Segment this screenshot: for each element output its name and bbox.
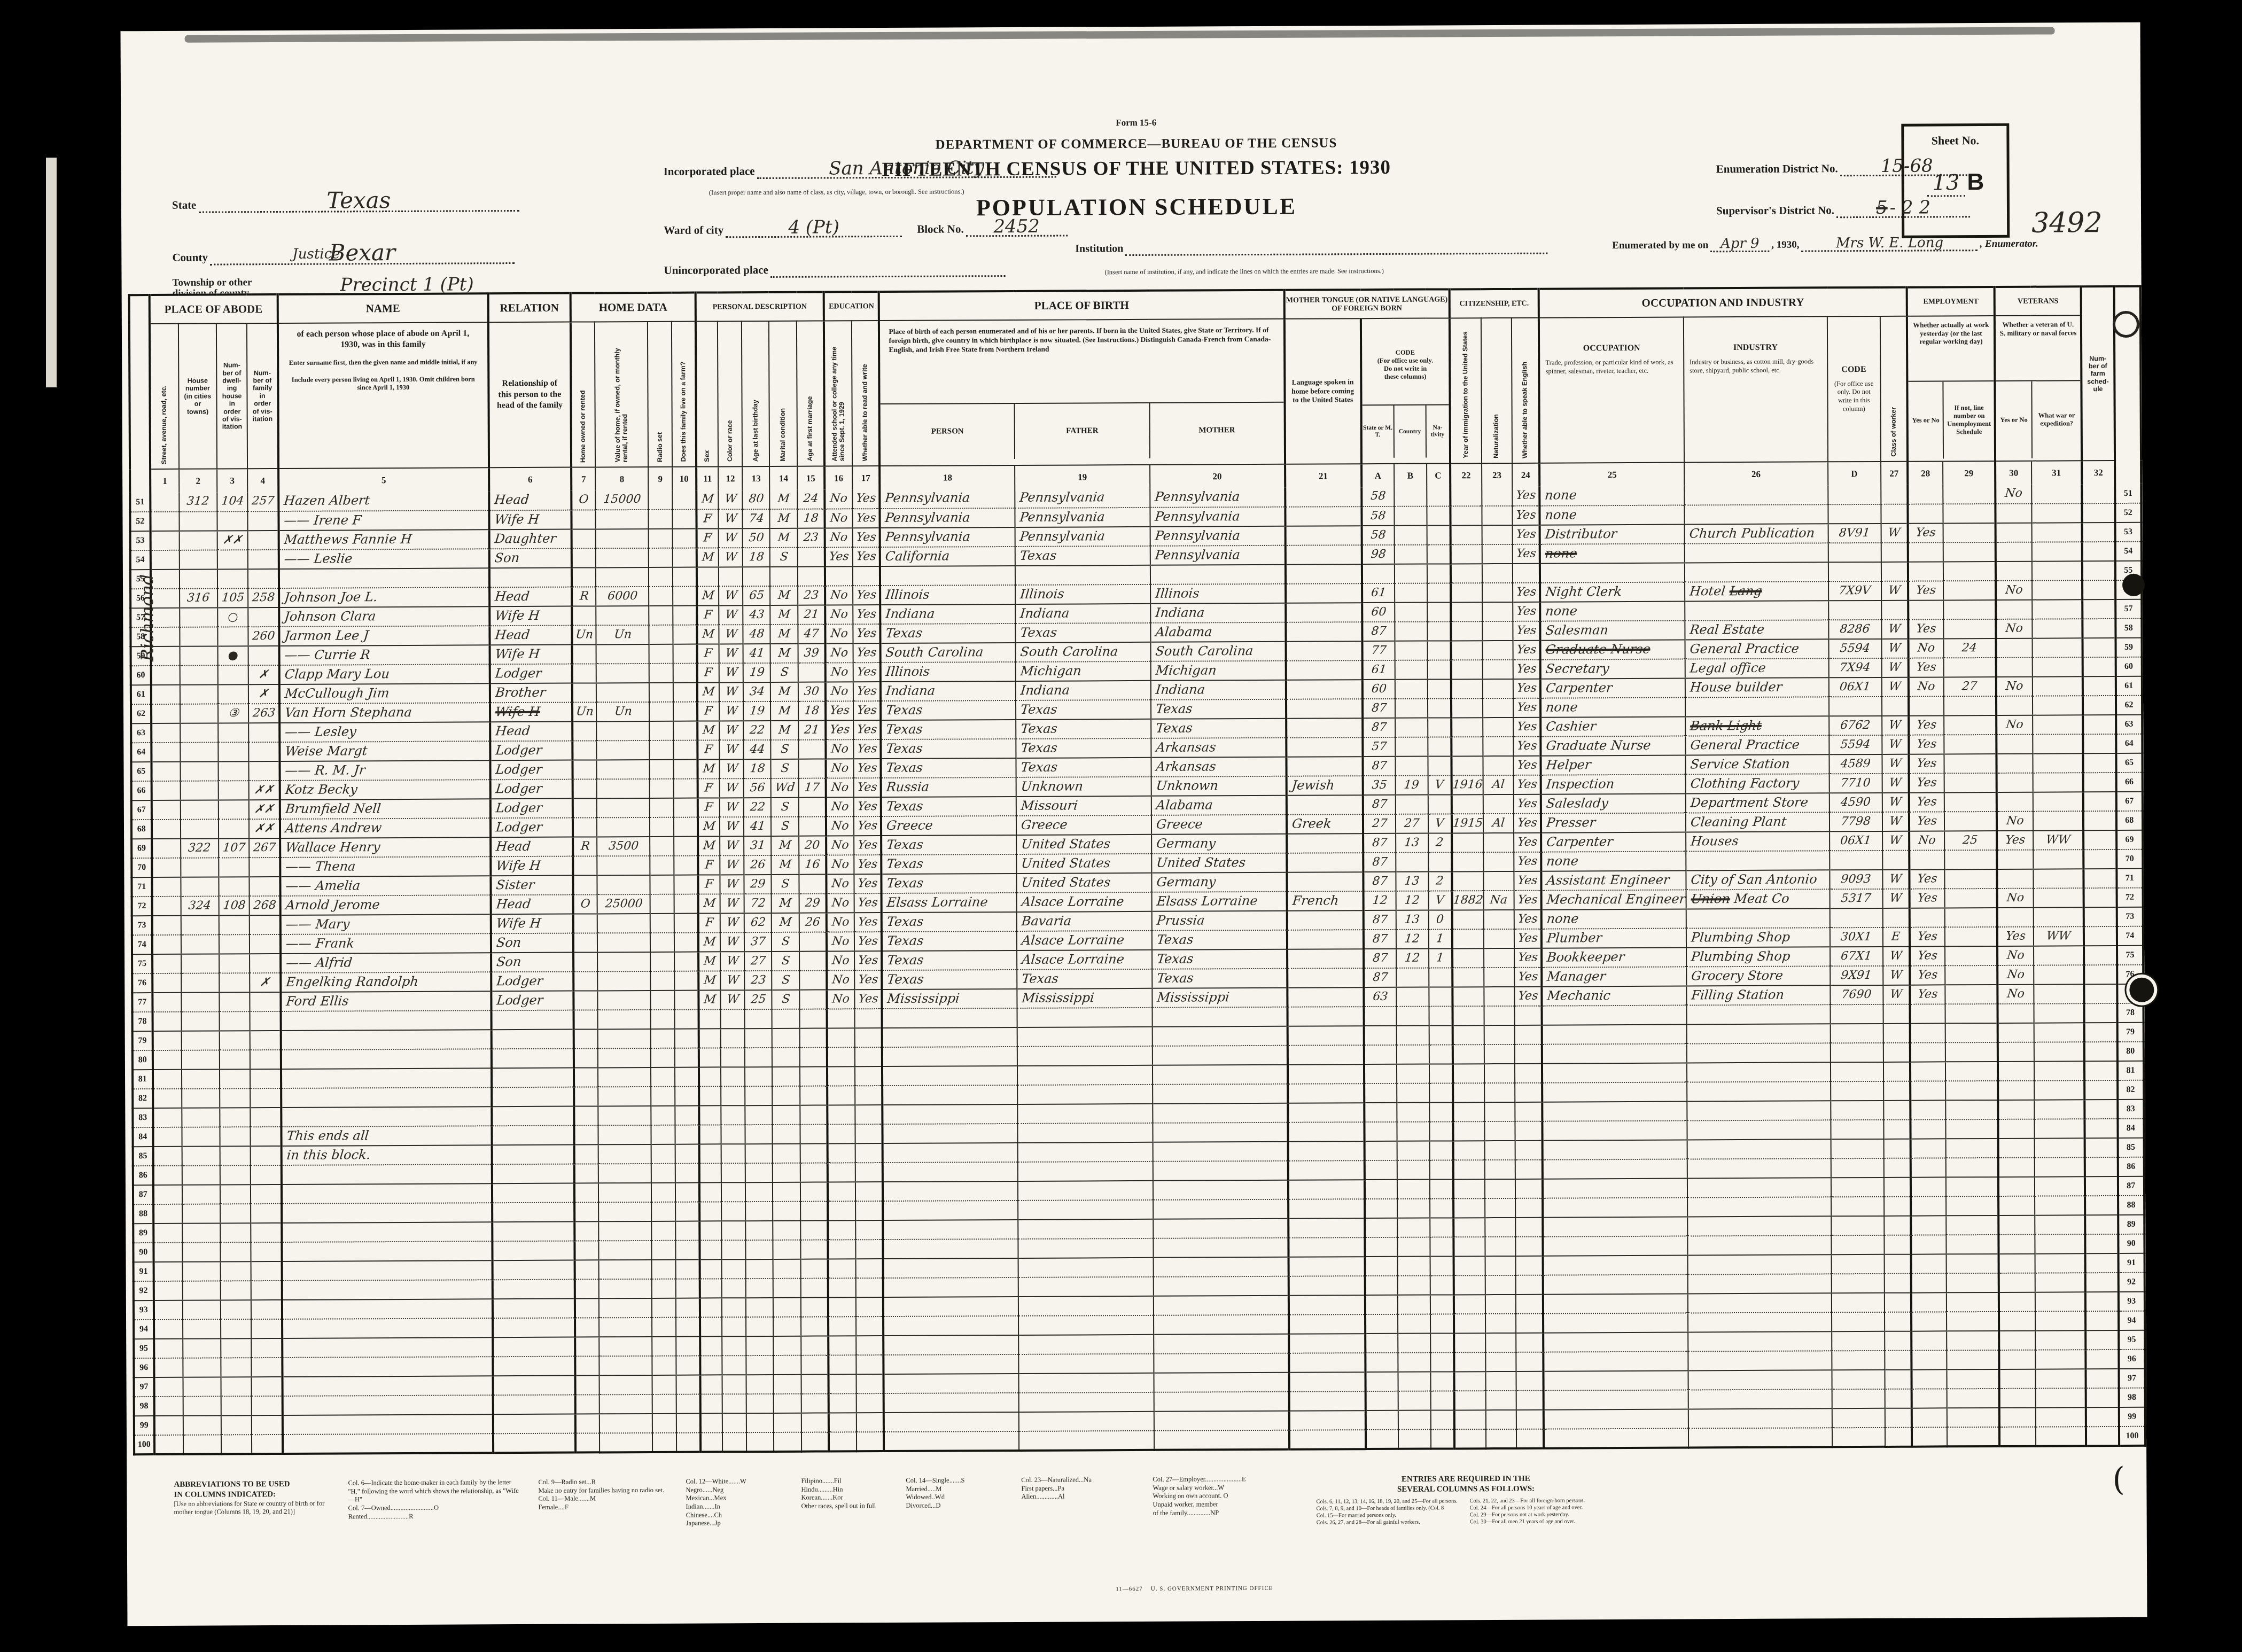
colhead-c12: Color or race (718, 321, 742, 466)
cell-c32 (2082, 561, 2115, 580)
cell-c21 (1287, 1007, 1364, 1026)
cell-c3 (218, 684, 249, 704)
cell-c13: 18 (743, 548, 770, 567)
cell-c27 (1881, 485, 1908, 504)
cell-c11: F (697, 644, 719, 663)
cell-c22 (1453, 1121, 1484, 1141)
cell-c19: Pennsylvania (1015, 508, 1150, 527)
cell-c26 (1687, 1081, 1831, 1101)
cell-c2 (182, 1088, 220, 1108)
cell-c17: Yes (853, 701, 881, 720)
cell-c26: Union Meat Co (1686, 889, 1830, 909)
cell-c1 (153, 1127, 182, 1147)
line-number-left: 65 (131, 762, 151, 781)
cell-c21 (1289, 1353, 1365, 1373)
cell-c12 (722, 1317, 746, 1336)
cell-c6 (492, 1106, 574, 1126)
cell-c3 (221, 1396, 252, 1415)
cell-c29 (1945, 985, 1998, 1004)
group-personal-description: PERSONAL DESCRIPTION (696, 292, 824, 322)
cell-c13: 65 (743, 586, 770, 605)
cell-c19: Bavaria (1017, 911, 1152, 931)
cell-c14 (772, 1009, 800, 1028)
cell-c28 (1909, 600, 1943, 619)
cell-c10 (676, 1318, 700, 1337)
cell-c21 (1288, 1257, 1365, 1276)
cell-c19: Illinois (1015, 585, 1150, 604)
cell-c29 (1944, 792, 1997, 812)
cell-c27 (1881, 543, 1908, 562)
cell-c25: Inspection (1541, 774, 1686, 794)
cell-c16: No (826, 874, 854, 893)
cell-c14 (774, 1432, 801, 1452)
cell-c32 (2085, 1176, 2118, 1196)
cell-c32 (2084, 1042, 2117, 1061)
cell-c11: M (697, 759, 719, 778)
cell-c6: Lodger (491, 991, 573, 1011)
cell-c30 (1998, 1023, 2034, 1042)
cell-c9 (651, 1010, 675, 1029)
cell-c1 (152, 877, 181, 897)
cell-c14: M (770, 625, 798, 644)
cell-cC (1428, 756, 1451, 775)
cell-c3 (219, 973, 250, 992)
cell-c2 (181, 934, 219, 954)
cell-c28: Yes (1910, 985, 1945, 1004)
colhead-c3: Num- ber of dwell- ing house in order of… (216, 323, 248, 469)
cell-c24 (1516, 1391, 1544, 1410)
cell-cA (1364, 1141, 1397, 1160)
cell-c6: Head (489, 491, 571, 511)
cell-c27 (1883, 1120, 1911, 1139)
cell-c31 (2033, 696, 2083, 715)
cell-c16 (827, 1047, 855, 1066)
cell-c16 (828, 1201, 855, 1220)
cell-c32 (2082, 484, 2115, 503)
cell-c32 (2083, 792, 2116, 811)
cell-cC (1430, 1275, 1453, 1295)
cell-cA: 87 (1364, 968, 1396, 987)
cell-c25: Cashier (1540, 716, 1685, 736)
cell-c12: W (720, 875, 744, 894)
cell-c25: none (1540, 543, 1685, 563)
cell-c9 (649, 490, 673, 510)
population-grid: PLACE OF ABODE NAME RELATION HOME DATA P… (128, 285, 2146, 1455)
line-number-right: 69 (2116, 830, 2143, 850)
cell-c23 (1485, 1256, 1515, 1275)
cell-c14 (772, 1028, 800, 1048)
cell-c20: Texas (1151, 719, 1286, 738)
colhead-c13: Age at last birthday (742, 321, 769, 466)
cell-c25 (1543, 1313, 1688, 1332)
cell-c11: F (697, 528, 719, 548)
cell-c6 (493, 1433, 575, 1453)
cell-cA: 61 (1362, 660, 1395, 680)
cell-cB: 13 (1396, 872, 1428, 891)
cell-c14 (773, 1163, 800, 1182)
colhead-c15: Age at first marriage (797, 321, 824, 466)
table-header: PLACE OF ABODE NAME RELATION HOME DATA P… (129, 286, 2142, 493)
cell-c20 (1153, 1161, 1288, 1181)
cell-c22 (1452, 833, 1483, 852)
cell-c24: Yes (1512, 525, 1540, 544)
cell-c21 (1289, 1334, 1365, 1353)
cell-c30 (1999, 1254, 2035, 1273)
cell-c14 (770, 567, 798, 586)
cell-c27 (1885, 1389, 1912, 1408)
cell-c30 (1999, 1369, 2036, 1389)
cell-c32 (2085, 1234, 2118, 1253)
cell-c30: Yes (1997, 927, 2034, 946)
cell-c9 (649, 664, 673, 683)
cell-c22 (1454, 1429, 1486, 1448)
cell-c23 (1486, 1429, 1516, 1448)
cell-c28 (1911, 1100, 1945, 1119)
cell-c4 (248, 531, 279, 550)
cell-c14: S (772, 990, 800, 1009)
cell-c28: Yes (1909, 715, 1944, 735)
cell-c26 (1688, 1312, 1832, 1332)
cell-c31 (2034, 1042, 2085, 1061)
cell-cA (1365, 1353, 1398, 1372)
cell-c4 (248, 569, 279, 588)
colhead-c10: Does this family live on a farm? (672, 322, 696, 467)
cell-c1 (151, 762, 181, 781)
line-number-left: 78 (133, 1012, 153, 1031)
cell-c2 (182, 1108, 220, 1127)
cell-c13 (746, 1413, 774, 1432)
cell-c26 (1685, 697, 1829, 716)
cell-cC (1429, 1121, 1453, 1141)
cell-c24 (1515, 1083, 1543, 1102)
cell-c14 (773, 1182, 800, 1202)
line-number-left: 62 (131, 704, 151, 723)
cell-c30: No (1997, 889, 2034, 908)
line-number-left: 74 (132, 935, 152, 954)
cell-c29 (1945, 1081, 1998, 1100)
cell-c17 (856, 1374, 884, 1393)
cell-c3: 104 (217, 492, 248, 511)
cell-c15 (798, 759, 826, 778)
cell-c4: ✗✗ (249, 819, 280, 838)
cell-c12: W (720, 759, 744, 778)
colnum-c20: 20 (1150, 464, 1285, 488)
cell-c12 (722, 1432, 746, 1452)
cell-c23 (1483, 756, 1513, 775)
cell-c26 (1688, 1370, 1832, 1390)
cell-c9 (649, 529, 673, 548)
cell-c14 (773, 1125, 800, 1144)
cell-c30 (1998, 1119, 2035, 1139)
cell-c31 (2033, 676, 2083, 696)
cell-cD (1832, 1312, 1885, 1331)
cell-c16 (828, 1220, 855, 1240)
cell-c1 (151, 685, 180, 704)
cell-cC: V (1428, 775, 1451, 794)
cell-c8: Un (596, 702, 649, 721)
cell-c32 (2085, 1100, 2118, 1119)
colnum-c21: 21 (1285, 464, 1361, 488)
cell-c23 (1486, 1410, 1516, 1429)
cell-c13: 26 (744, 855, 772, 875)
cell-c31 (2033, 734, 2083, 753)
cell-c32 (2083, 638, 2115, 657)
cell-c12 (721, 1009, 745, 1028)
cell-c31 (2034, 965, 2084, 984)
cell-c17 (855, 1201, 883, 1220)
cell-c11: M (698, 990, 720, 1009)
cell-c29 (1944, 850, 1997, 869)
cell-c4 (250, 1031, 281, 1050)
cell-c7 (572, 741, 597, 760)
cell-c8 (599, 1241, 652, 1260)
cell-cA: 87 (1363, 795, 1396, 814)
cell-c29 (1945, 1004, 1998, 1023)
cell-c28 (1911, 1119, 1945, 1139)
cell-c12: W (720, 817, 744, 836)
cell-c27 (1882, 908, 1910, 928)
sd-label: Supervisor's District No. (1716, 204, 1834, 217)
cell-c29 (1947, 1350, 1999, 1369)
colhead-c23: Naturalization (1481, 318, 1512, 463)
cell-c23: Al (1483, 775, 1513, 794)
cell-c31 (2031, 503, 2082, 523)
cell-c28: Yes (1910, 927, 1944, 946)
cell-c11: M (698, 894, 720, 913)
cell-cD: 06X1 (1829, 677, 1882, 697)
cell-cB (1395, 564, 1427, 583)
cell-c23 (1483, 737, 1513, 756)
line-number-left: 81 (133, 1070, 153, 1089)
cell-c24 (1516, 1372, 1544, 1391)
cell-c32 (2085, 1119, 2118, 1138)
cell-c22 (1453, 1275, 1485, 1295)
cell-c28: Yes (1909, 773, 1944, 792)
cell-c18: Greece (881, 816, 1016, 836)
cell-c23 (1483, 833, 1514, 852)
cell-c24 (1516, 1295, 1544, 1314)
cell-cC (1430, 1352, 1454, 1372)
cell-c15 (801, 1317, 828, 1336)
cell-c25: Assistant Engineer (1542, 870, 1686, 890)
cell-c26 (1687, 1139, 1831, 1159)
cell-c31 (2032, 638, 2083, 657)
cell-c20: Elsass Lorraine (1151, 892, 1287, 911)
cell-c27 (1883, 1139, 1911, 1158)
cell-c23 (1484, 1102, 1515, 1121)
cell-c14: M (770, 528, 798, 548)
cell-c11: F (698, 778, 720, 798)
line-number-right: 73 (2116, 907, 2143, 926)
cell-c24: Yes (1514, 814, 1542, 833)
cell-c18: Texas (881, 624, 1016, 643)
cell-c18: Pennsylvania (880, 527, 1015, 547)
cell-c9 (652, 1394, 676, 1414)
cell-cD (1831, 1216, 1884, 1235)
cell-c31 (2035, 1311, 2086, 1330)
street-name-value: Richmond (136, 501, 157, 661)
cell-c1 (152, 993, 182, 1012)
cell-c9 (651, 1048, 675, 1067)
cell-c30 (1999, 1427, 2036, 1446)
colnum-c16: 16 (824, 466, 852, 489)
cell-c15 (800, 1163, 828, 1182)
cell-c25: none (1542, 851, 1686, 871)
cell-c3 (218, 665, 249, 684)
cell-c25: Presser (1541, 813, 1686, 832)
cell-c13 (745, 1182, 773, 1202)
cell-c13: 43 (743, 605, 770, 625)
cell-c22 (1454, 1391, 1485, 1410)
cell-c8 (598, 1164, 651, 1183)
cell-c30 (1996, 638, 2033, 658)
cell-c5: —— Alfrid (281, 953, 491, 973)
cell-c19 (1018, 1277, 1154, 1297)
cell-c19 (1019, 1431, 1154, 1451)
line-number-right: 70 (2116, 850, 2143, 869)
cell-c16: No (826, 643, 853, 663)
cell-c19: South Carolina (1016, 642, 1151, 662)
cell-c23 (1483, 698, 1513, 718)
cell-cC (1429, 1141, 1453, 1160)
cell-c18: Mississippi (882, 989, 1017, 1009)
cell-cB (1395, 680, 1428, 699)
cell-c26: Plumbing Shop (1686, 928, 1830, 947)
cell-cB (1395, 622, 1427, 641)
cell-cC (1429, 1025, 1452, 1045)
cell-c30 (1999, 1215, 2035, 1235)
cell-c21 (1289, 1372, 1365, 1392)
cell-c26 (1687, 1120, 1831, 1140)
cell-c25 (1543, 1293, 1688, 1313)
cell-c18: California (880, 547, 1015, 566)
cell-c8 (597, 779, 650, 798)
cell-c9 (651, 1067, 675, 1087)
cell-c10 (676, 1414, 700, 1433)
cell-c4 (252, 1377, 283, 1396)
cell-c12: W (720, 894, 744, 913)
cell-c30 (1996, 696, 2033, 715)
cell-c4 (251, 1319, 282, 1338)
cell-c17 (857, 1432, 884, 1451)
cell-c21 (1285, 545, 1361, 565)
cell-cD (1828, 601, 1881, 620)
cell-c28: No (1909, 638, 1943, 658)
cell-c16 (827, 1124, 855, 1143)
cell-c32 (2085, 1253, 2118, 1273)
line-number-right: 92 (2118, 1273, 2144, 1292)
cell-c2 (183, 1377, 221, 1396)
cell-cB (1398, 1411, 1430, 1430)
cell-c21 (1286, 660, 1362, 680)
cell-c3 (219, 915, 250, 934)
cell-c6: Son (489, 549, 572, 568)
cell-c8 (596, 567, 649, 587)
line-number-left: 69 (131, 839, 152, 858)
cell-c25: Distributor (1540, 524, 1685, 544)
cell-c13 (745, 1009, 772, 1028)
cell-c1 (152, 839, 181, 858)
cell-c1 (153, 1089, 182, 1108)
cell-c30 (1998, 1081, 2035, 1100)
cell-c8 (596, 606, 649, 625)
cell-c32 (2084, 850, 2116, 869)
cell-c21 (1288, 1276, 1365, 1296)
cell-c12 (721, 1125, 745, 1144)
cell-cC (1429, 1064, 1453, 1083)
colhead-c5: of each person whose place of abode on A… (278, 322, 489, 469)
cell-c25 (1543, 1101, 1687, 1121)
cell-c27: W (1882, 774, 1909, 793)
cell-c3 (220, 1223, 251, 1242)
cell-c29 (1945, 1042, 1998, 1062)
cell-c1 (153, 1204, 183, 1224)
cell-c17: Yes (853, 663, 881, 682)
cell-c7 (572, 664, 597, 683)
cell-c9 (652, 1260, 676, 1279)
cell-c13: 22 (744, 721, 771, 740)
cell-c29 (1944, 754, 1997, 773)
footer-block: Col. 23—Naturalized...Na First papers...… (1021, 1476, 1139, 1528)
cell-c7 (574, 1241, 599, 1260)
cell-c5: McCullough Jim (279, 683, 490, 704)
cell-c28 (1912, 1331, 1947, 1350)
cell-c31 (2035, 1157, 2085, 1176)
cell-c27 (1885, 1331, 1912, 1351)
cell-c16 (828, 1163, 855, 1182)
cell-c20 (1153, 1123, 1288, 1142)
cell-c27 (1883, 1081, 1911, 1101)
cell-cD: 7710 (1829, 774, 1882, 793)
cell-c3 (221, 1300, 252, 1319)
colhead-c26: INDUSTRYIndustry or business, as cotton … (1684, 316, 1828, 462)
cell-c10 (676, 1279, 700, 1298)
cell-cB (1395, 757, 1428, 776)
cell-c27: W (1882, 812, 1909, 831)
cell-c25 (1542, 1082, 1687, 1102)
cell-cB (1396, 1045, 1429, 1064)
cell-c19 (1018, 1238, 1154, 1258)
cell-c5: —— R. M. Jr (279, 760, 490, 781)
cell-c13: 19 (743, 663, 770, 682)
colnum-c2: 2 (179, 469, 217, 492)
cell-cC (1427, 679, 1451, 698)
cell-c20: Prussia (1152, 911, 1287, 931)
cell-c22 (1452, 852, 1483, 871)
cell-c14 (774, 1394, 801, 1413)
line-number-right: 75 (2117, 946, 2143, 965)
cell-c24: Yes (1512, 506, 1540, 525)
line-number-right: 74 (2117, 926, 2143, 946)
cell-c24: Yes (1514, 871, 1542, 891)
cell-cA: 27 (1363, 814, 1396, 833)
cell-c22 (1451, 564, 1482, 583)
cell-c19: Alsace Lorraine (1017, 892, 1152, 912)
colnum-c31: 31 (2031, 461, 2082, 484)
cell-c12: W (720, 932, 744, 952)
cell-cD (1832, 1428, 1885, 1447)
cell-c24 (1515, 1141, 1543, 1160)
line-number-right: 99 (2119, 1407, 2145, 1427)
cell-c25 (1543, 1255, 1688, 1275)
cell-c19 (1019, 1412, 1154, 1431)
cell-c24 (1515, 1275, 1543, 1295)
cell-c11 (700, 1375, 722, 1394)
colhead-c16: Attended school or college any time sinc… (824, 321, 852, 466)
cell-c21 (1287, 949, 1364, 969)
cell-c28 (1909, 696, 1943, 715)
cell-c3 (220, 1108, 251, 1127)
